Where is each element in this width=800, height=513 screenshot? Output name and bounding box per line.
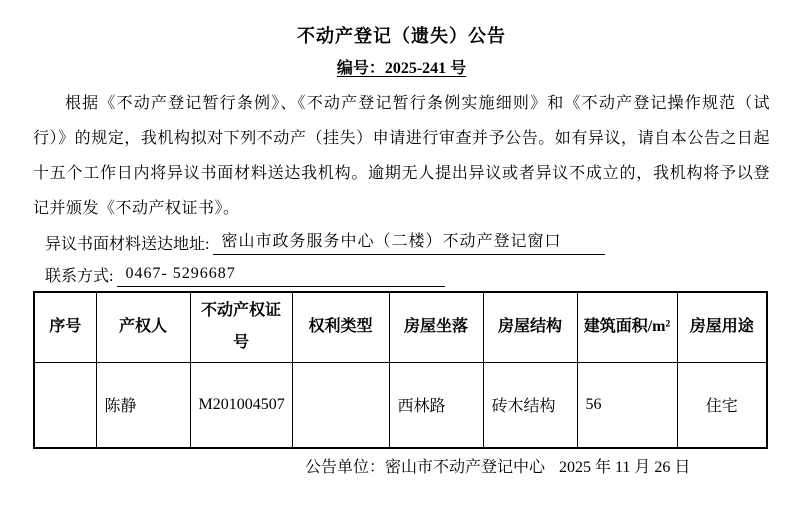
announcement-document: 不动产登记（遗失）公告 编号：2025-241 号 根据《不动产登记暂行条例》、… bbox=[0, 0, 800, 513]
header-location: 房屋坐落 bbox=[389, 292, 483, 362]
page-title: 不动产登记（遗失）公告 bbox=[33, 26, 770, 46]
cell-owner: 陈静 bbox=[96, 362, 190, 448]
header-cert-no: 不动产权证号 bbox=[190, 292, 292, 362]
header-structure: 房屋结构 bbox=[483, 292, 577, 362]
cell-structure: 砖木结构 bbox=[483, 362, 577, 448]
header-owner: 产权人 bbox=[96, 292, 190, 362]
footer-line: 公告单位：密山市不动产登记中心2025 年 11 月 26 日 bbox=[33, 459, 770, 477]
address-line: 异议书面材料送达地址: 密山市政务服务中心（二楼）不动产登记窗口 bbox=[45, 232, 770, 255]
table-row: 陈静 M201004507 西林路 砖木结构 56 住宅 bbox=[34, 362, 767, 448]
address-label: 异议书面材料送达地址: bbox=[45, 236, 209, 253]
document-number-line: 编号：2025-241 号 bbox=[33, 60, 770, 78]
header-area: 建筑面积/m² bbox=[577, 292, 677, 362]
contact-label: 联系方式: bbox=[45, 268, 113, 285]
document-number: 编号：2025-241 号 bbox=[337, 60, 466, 77]
cell-usage: 住宅 bbox=[677, 362, 767, 448]
table-header-row: 序号 产权人 不动产权证号 权利类型 房屋坐落 房屋结构 建筑面积/m² 房屋用… bbox=[34, 292, 767, 362]
cell-location: 西林路 bbox=[389, 362, 483, 448]
contact-line: 联系方式: 0467- 5296687 bbox=[45, 264, 770, 287]
cell-area: 56 bbox=[577, 362, 677, 448]
contact-value: 0467- 5296687 bbox=[117, 264, 445, 287]
header-right-type: 权利类型 bbox=[292, 292, 389, 362]
issuer: 公告单位：密山市不动产登记中心 bbox=[305, 459, 545, 476]
announcement-date: 2025 年 11 月 26 日 bbox=[559, 459, 690, 476]
property-table: 序号 产权人 不动产权证号 权利类型 房屋坐落 房屋结构 建筑面积/m² 房屋用… bbox=[33, 291, 768, 449]
address-value: 密山市政务服务中心（二楼）不动产登记窗口 bbox=[213, 232, 605, 255]
header-seq: 序号 bbox=[34, 292, 96, 362]
header-usage: 房屋用途 bbox=[677, 292, 767, 362]
cell-right-type bbox=[292, 362, 389, 448]
cell-cert-no: M201004507 bbox=[190, 362, 292, 448]
announcement-body: 根据《不动产登记暂行条例》、《不动产登记暂行条例实施细则》和《不动产登记操作规范… bbox=[33, 86, 770, 226]
cell-seq bbox=[34, 362, 96, 448]
